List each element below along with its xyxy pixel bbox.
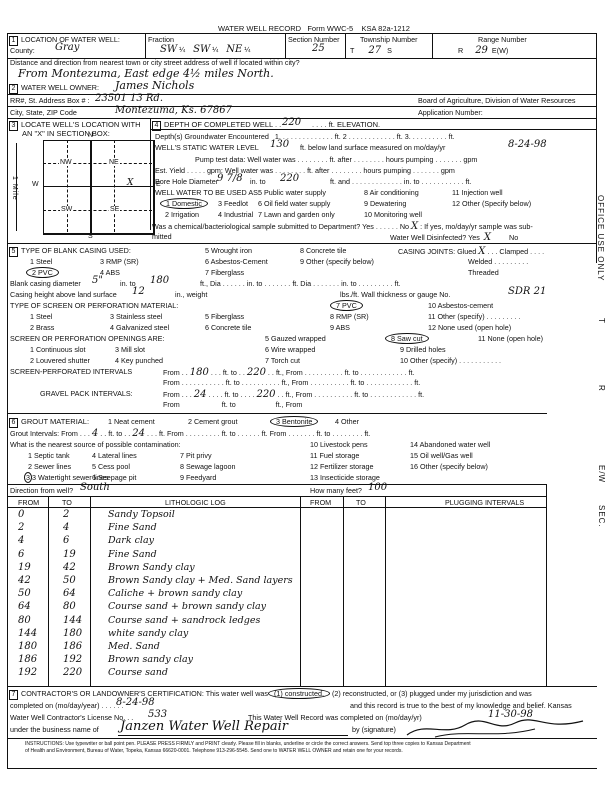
static-level-text: ft. below land surface measured on mo/da… (300, 143, 445, 152)
log-desc: Brown Sandy clay + Med. Sand layers (108, 575, 308, 586)
log-to: 6 (63, 535, 103, 546)
log-to: 80 (63, 601, 103, 612)
grout-label: 6GROUT MATERIAL: (9, 417, 89, 428)
office-use-label: OFFICE USE ONLY (596, 195, 605, 281)
bore-rest: ft. and . . . . . . . . . . . . . in. to… (330, 177, 471, 186)
table-row[interactable]: 6480Course sand + brown sandy clay (8, 601, 298, 614)
contam-option-1[interactable]: 1 Septic tank (28, 451, 70, 460)
screen-option-11[interactable]: 11 Other (specify) . . . . . . . . . (428, 312, 521, 321)
grout-option-1[interactable]: 1 Neat cement (108, 417, 155, 426)
fraction-label: Fraction (148, 35, 174, 44)
wall-thickness-label: lbs./ft. Wall thickness or gauge No. (340, 290, 450, 299)
contam-option-2[interactable]: 2 Sewer lines (28, 462, 71, 471)
use-option-10[interactable]: 10 Monitoring well (364, 210, 422, 219)
diameter-rest: ft., Dia . . . . . . in. to . . . . . . … (200, 279, 401, 288)
table-row[interactable]: 5064Caliche + brown sandy clay (8, 588, 298, 601)
log-to: 144 (63, 615, 103, 626)
direction-value[interactable]: South (80, 482, 110, 493)
feet-label: How many feet? (310, 486, 362, 495)
owner-label: 2WATER WELL OWNER: (9, 83, 99, 94)
city-label: City, State, ZIP Code (10, 108, 77, 117)
fraction-values[interactable]: SW ¼ SW ¼ NE ¼ (160, 44, 250, 55)
disinfected-label: Water Well Disinfected? Yes X No (390, 232, 518, 243)
screen-option-9[interactable]: 9 ABS (330, 323, 350, 332)
log-desc: Dark clay (108, 535, 308, 546)
application-number-label: Application Number: (418, 108, 483, 117)
contam-option-13[interactable]: 13 Insecticide storage (310, 473, 380, 482)
contamination-label: What is the nearest source of possible c… (10, 440, 181, 449)
screen-material-label: TYPE OF SCREEN OR PERFORATION MATERIAL: (10, 301, 178, 310)
log-from: 144 (18, 628, 53, 639)
log-desc: Fine Sand (108, 549, 308, 560)
static-level-label: WELL'S STATIC WATER LEVEL (155, 143, 259, 152)
contam-option-12[interactable]: 12 Fertilizer storage (310, 462, 374, 471)
gravel-pack-label: GRAVEL PACK INTERVALS: (40, 389, 133, 398)
range-value[interactable]: R 29 E(W) (458, 45, 508, 56)
depth-value[interactable]: 220 (282, 117, 301, 128)
address-value[interactable]: 23501 13 Rd. (95, 93, 163, 104)
use-option-11[interactable]: 11 Injection well (452, 188, 503, 197)
certification-line-1: 7CONTRACTOR'S OR LANDOWNER'S CERTIFICATI… (9, 689, 532, 700)
log-header-lithology: LITHOLOGIC LOG (165, 498, 226, 507)
openings-option-3[interactable]: 3 Mill slot (115, 345, 145, 354)
contam-option-15[interactable]: 15 Oil well/Gas well (410, 451, 473, 460)
use-label: WELL WATER TO BE USED AS: (155, 188, 260, 197)
log-desc: Course sand + brown sandy clay (108, 601, 308, 612)
contam-option-6[interactable]: 6 Seepage pit (92, 473, 136, 482)
log-to: 4 (63, 522, 103, 533)
bore-hole-value[interactable]: 9 7/8 (217, 173, 243, 184)
distance-label: Distance and direction from nearest town… (10, 58, 300, 67)
sw-label: SW (60, 206, 73, 213)
contam-option-8[interactable]: 8 Sewage lagoon (180, 462, 236, 471)
grout-option-2[interactable]: 2 Cement grout (188, 417, 238, 426)
table-row[interactable]: 186192Brown sandy clay (8, 654, 298, 667)
log-desc: Course sand (108, 667, 308, 678)
instructions-line-2: of Health and Environment, Bureau of Wat… (25, 748, 403, 754)
threaded-label: Threaded (468, 268, 499, 277)
bore-hole-label: Bore Hole Diameter (155, 177, 218, 186)
use-option-8[interactable]: 8 Air conditioning (364, 188, 419, 197)
contam-option-5[interactable]: 5 Cess pool (92, 462, 130, 471)
screen-option-6[interactable]: 6 Concrete tile (205, 323, 251, 332)
screen-option-5[interactable]: 5 Fiberglass (205, 312, 244, 321)
log-to: 220 (63, 667, 103, 678)
plug-header-to: TO (356, 498, 366, 507)
plug-header-intervals: PLUGGING INTERVALS (445, 498, 524, 507)
table-row[interactable]: 144180white sandy clay (8, 628, 298, 641)
casing-option-7[interactable]: 7 Fiberglass (205, 268, 244, 277)
casing-label: 5TYPE OF BLANK CASING USED: (9, 246, 131, 257)
record-true-text: and this record is true to the best of m… (350, 701, 572, 710)
township-value[interactable]: T 27 S (350, 45, 392, 56)
margin-sec: SEC. (597, 505, 605, 528)
completed-label: completed on (mo/day/year) . . . . . . (10, 701, 123, 710)
log-to: 50 (63, 575, 103, 586)
log-to: 180 (63, 628, 103, 639)
openings-option-10[interactable]: 10 Other (specify) . . . . . . . . . . . (400, 356, 501, 365)
se-label: SE (109, 206, 120, 213)
casing-height-value[interactable]: 12 (132, 286, 145, 297)
bore-to-value[interactable]: 220 (280, 173, 299, 184)
county-value[interactable]: Gray (55, 42, 79, 53)
weight-label: in., weight (175, 290, 207, 299)
casing-option-9[interactable]: 9 Other (specify below) (300, 257, 374, 266)
openings-option-1[interactable]: 1 Continuous slot (30, 345, 86, 354)
log-to: 192 (63, 654, 103, 665)
screen-option-8[interactable]: 8 RMP (SR) (330, 312, 369, 321)
contam-option-7[interactable]: 7 Pit privy (180, 451, 212, 460)
log-from: 6 (18, 549, 53, 560)
business-name[interactable]: Janzen Water Well Repair (120, 719, 288, 734)
log-from: 192 (18, 667, 53, 678)
log-from: 2 (18, 522, 53, 533)
table-row[interactable]: 1942Brown Sandy clay (8, 562, 298, 575)
log-from: 186 (18, 654, 53, 665)
log-to: 42 (63, 562, 103, 573)
sample-tail: mitted (152, 232, 172, 241)
elevation-label: . . . . ft. ELEVATION. (312, 120, 380, 129)
groundwater-label: Depth(s) Groundwater Encountered 1. . . … (155, 132, 455, 141)
constructed-selected[interactable]: (1) constructed, (268, 688, 330, 699)
log-header-to: TO (62, 498, 72, 507)
contam-option-16[interactable]: 16 Other (specify below) (410, 462, 488, 471)
screen-option-4[interactable]: 4 Galvanized steel (110, 323, 169, 332)
feet-value[interactable]: 100 (368, 482, 387, 493)
contam-option-10[interactable]: 10 Livestock pens (310, 440, 368, 449)
log-header-from: FROM (18, 498, 39, 507)
screen-option-3[interactable]: 3 Stainless steel (110, 312, 162, 321)
log-desc: Fine Sand (108, 522, 308, 533)
log-to: 19 (63, 549, 103, 560)
margin-t: T (597, 318, 605, 324)
gauge-value[interactable]: SDR 21 (508, 286, 546, 297)
contam-option-4[interactable]: 4 Lateral lines (92, 451, 137, 460)
bore-in-to: in. to (250, 177, 266, 186)
use-option-2[interactable]: 2 Irrigation (165, 210, 199, 219)
table-row[interactable]: 619Fine Sand (8, 549, 298, 562)
owner-name[interactable]: James Nichols (115, 79, 194, 92)
section-number-value[interactable]: 25 (312, 43, 325, 54)
casing-option-8[interactable]: 8 Concrete tile (300, 246, 346, 255)
casing-option-6[interactable]: 6 Asbestos-Cement (205, 257, 268, 266)
log-desc: Brown Sandy clay (108, 562, 308, 573)
static-level-date[interactable]: 8-24-98 (508, 139, 547, 150)
screen-option-10[interactable]: 10 Asbestos-cement (428, 301, 493, 310)
log-to: 186 (63, 641, 103, 652)
diameter-value[interactable]: 5" (92, 275, 103, 286)
form-title: WATER WELL RECORD Form WWC-5 KSA 82a-121… (218, 24, 410, 33)
grout-option-4[interactable]: 4 Other (335, 417, 359, 426)
log-from: 180 (18, 641, 53, 652)
table-row[interactable]: 24Fine Sand (8, 522, 298, 535)
log-from: 4 (18, 535, 53, 546)
log-desc: Med. Sand (108, 641, 308, 652)
static-level-value[interactable]: 130 (270, 139, 289, 150)
openings-label: SCREEN OR PERFORATION OPENINGS ARE: (10, 334, 164, 343)
address-label: RR#, St. Address Box # : (10, 96, 90, 105)
openings-option-8-selected[interactable]: 8 Saw cut (385, 333, 429, 344)
screen-option-7-selected[interactable]: 7 PVC (330, 300, 363, 311)
grout-option-3-selected[interactable]: 3 Bentonite (270, 416, 318, 427)
openings-option-2[interactable]: 2 Louvered shutter (30, 356, 90, 365)
contam-option-14[interactable]: 14 Abandoned water well (410, 440, 490, 449)
log-from: 80 (18, 615, 53, 626)
casing-joints: CASING JOINTS: Glued X . . . Clamped . .… (398, 246, 544, 257)
log-from: 64 (18, 601, 53, 612)
casing-to-value[interactable]: 180 (150, 275, 169, 286)
use-option-5[interactable]: 5 Public water supply (258, 188, 326, 197)
screen-option-12[interactable]: 12 None used (open hole) (428, 323, 511, 332)
est-yield-label: Est. Yield . . . . . gpm: Well water was… (155, 166, 455, 175)
table-row[interactable]: 192220Course sand (8, 667, 298, 680)
log-from: 19 (18, 562, 53, 573)
casing-option-1[interactable]: 1 Steel (30, 257, 52, 266)
screen-option-1[interactable]: 1 Steel (30, 312, 52, 321)
casing-option-2-selected[interactable]: 2 PVC (26, 267, 59, 278)
openings-option-9[interactable]: 9 Drilled holes (400, 345, 446, 354)
west-label: W (32, 181, 39, 188)
contam-option-11[interactable]: 11 Fuel storage (310, 451, 359, 460)
mile-label: 1 Mile (11, 176, 18, 201)
township-label: Township Number (360, 35, 418, 44)
sample-question: Was a chemical/bacteriological sample su… (152, 221, 533, 232)
casing-option-4[interactable]: 4 ABS (100, 268, 120, 277)
north-label: N (88, 132, 93, 139)
openings-option-11[interactable]: 11 None (open hole) (478, 334, 543, 343)
log-desc: Sandy Topsoil (108, 509, 308, 520)
table-row[interactable]: 80144Course sand + sandrock ledges (8, 615, 298, 628)
log-desc: Course sand + sandrock ledges (108, 615, 308, 626)
pump-test-label: Pump test data: Well water was . . . . .… (195, 155, 477, 164)
instructions-line-1: INSTRUCTIONS: Use typewriter or ball poi… (25, 741, 471, 747)
grout-intervals[interactable]: Grout Intervals: From . . . 4 . . ft. to… (10, 428, 370, 439)
log-desc: white sandy clay (108, 628, 308, 639)
casing-option-3[interactable]: 3 RMP (SR) (100, 257, 139, 266)
casing-option-5[interactable]: 5 Wrought iron (205, 246, 252, 255)
use-option-4[interactable]: 4 Industrial (218, 210, 253, 219)
screen-interval-1[interactable]: From . . 180 . . . ft. to . . 220 . . ft… (163, 367, 415, 378)
south-label: S (88, 233, 93, 240)
city-value[interactable]: Montezuma, Ks. 67867 (115, 105, 232, 116)
log-to: 64 (63, 588, 103, 599)
log-from: 0 (18, 509, 53, 520)
margin-ew: E/W (597, 465, 605, 483)
direction-label: Direction from well? (10, 486, 73, 495)
casing-height-label: Casing height above land surface (10, 290, 117, 299)
table-row[interactable]: 02Sandy Topsoil (8, 509, 298, 522)
log-from: 42 (18, 575, 53, 586)
use-option-3[interactable]: 3 Feedlot (218, 199, 248, 208)
margin-r: R (597, 385, 605, 392)
well-location-mark[interactable]: X (127, 178, 133, 188)
use-option-6[interactable]: 6 Oil field water supply (258, 199, 330, 208)
screen-intervals-label: SCREEN-PERFORATED INTERVALS (10, 367, 132, 376)
screen-interval-2[interactable]: From . . . . . . . . . . . ft. to . . . … (163, 378, 420, 387)
signature-label: by (signature) (352, 725, 396, 734)
range-label: Range Number (478, 35, 527, 44)
gravel-interval-1[interactable]: From . . . 24 . . . . ft. to . . . . 220… (163, 389, 424, 400)
openings-option-5[interactable]: 5 Gauzed wrapped (265, 334, 326, 343)
section-grid[interactable] (43, 140, 155, 235)
diameter-label: Blank casing diameter (10, 279, 81, 288)
board-label: Board of Agriculture, Division of Water … (418, 96, 576, 105)
county-label: County: (10, 46, 35, 55)
contam-option-9[interactable]: 9 Feedyard (180, 473, 216, 482)
table-row[interactable]: 180186Med. Sand (8, 641, 298, 654)
use-option-1-selected[interactable]: 1 Domestic (160, 198, 208, 209)
table-row[interactable]: 46Dark clay (8, 535, 298, 548)
section-3-label-2: AN "X" IN SECTION BOX: (22, 129, 110, 138)
gravel-interval-2[interactable]: From ft. to ft., From (163, 400, 302, 409)
use-option-12[interactable]: 12 Other (Specify below) (452, 199, 531, 208)
openings-option-7[interactable]: 7 Torch cut (265, 356, 300, 365)
openings-option-6[interactable]: 6 Wire wrapped (265, 345, 315, 354)
use-option-7[interactable]: 7 Lawn and garden only (258, 210, 335, 219)
openings-option-4[interactable]: 4 Key punched (115, 356, 163, 365)
ne-label: NE (108, 159, 120, 166)
table-row[interactable]: 4250Brown Sandy clay + Med. Sand layers (8, 575, 298, 588)
license-label: Water Well Contractor's License No. . . (10, 713, 133, 722)
completed-date[interactable]: 8-24-98 (116, 697, 155, 708)
screen-option-2[interactable]: 2 Brass (30, 323, 54, 332)
log-from: 50 (18, 588, 53, 599)
log-to: 2 (63, 509, 103, 520)
welded-label: Welded . . . . . . . . . (468, 257, 528, 266)
use-option-9[interactable]: 9 Dewatering (364, 199, 406, 208)
log-desc: Caliche + brown sandy clay (108, 588, 308, 599)
nw-label: NW (59, 159, 73, 166)
business-label: under the business name of (10, 725, 99, 734)
log-desc: Brown sandy clay (108, 654, 308, 665)
plug-header-from: FROM (310, 498, 331, 507)
